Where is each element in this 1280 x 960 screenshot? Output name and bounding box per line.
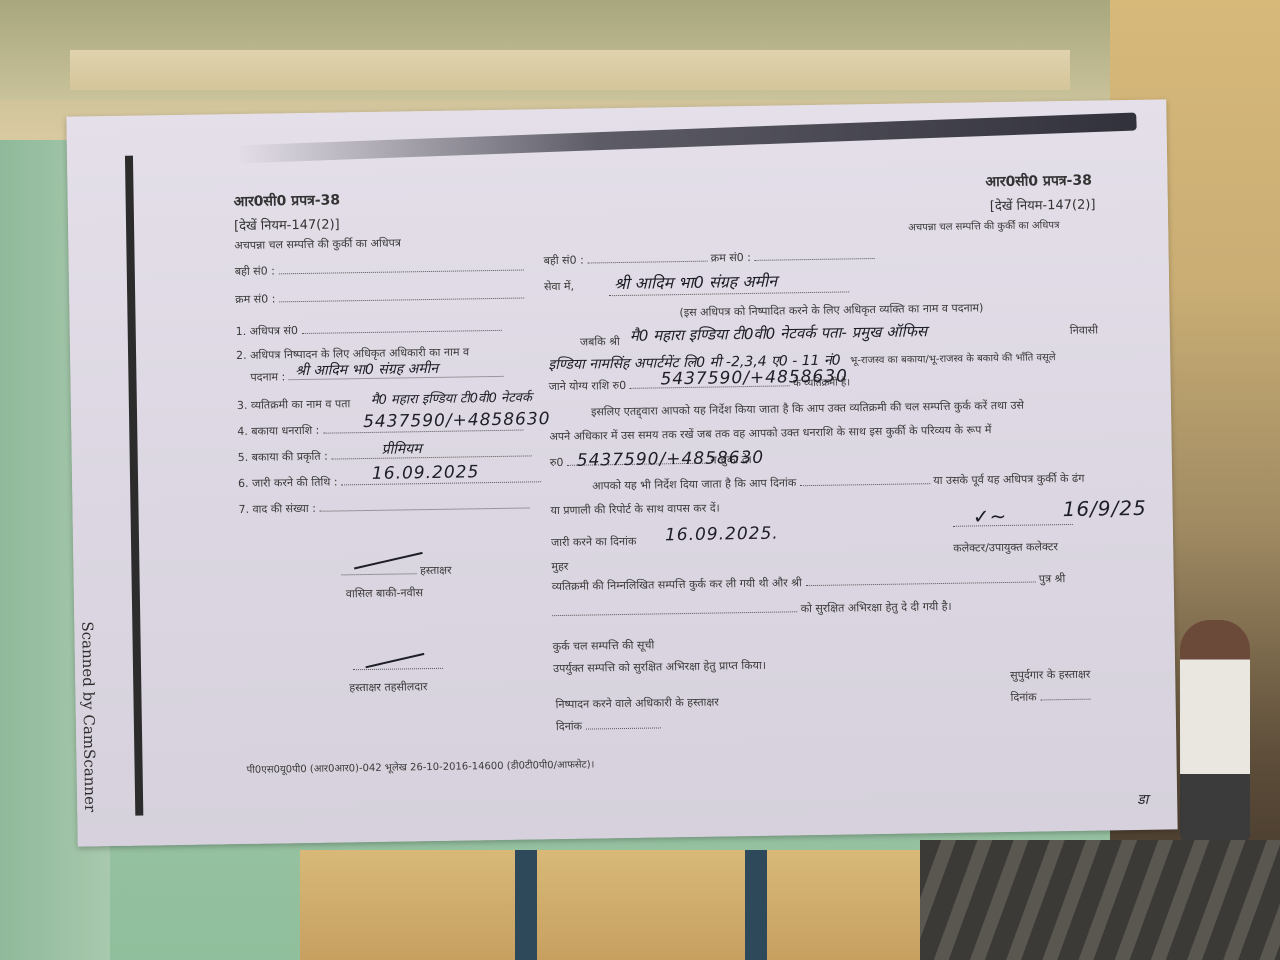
received-line: उपर्युक्त सम्पत्ति को सुरक्षित अभिरक्षा … xyxy=(553,658,766,676)
executing-officer-date: दिनांक xyxy=(556,717,661,734)
camscanner-watermark: Scanned by CamScanner xyxy=(78,621,99,812)
handwritten-due-amount: 5437590/+4858630 xyxy=(363,409,551,432)
land-revenue-text: भू-राजस्व का बकाया/भू-राजस्व के बकाये की… xyxy=(850,349,1056,366)
attached-property-list-title: कुर्क चल सम्पत्ति की सूची xyxy=(553,638,655,655)
handwritten-amount: 5437590/+4858630 xyxy=(660,366,848,389)
handwritten-defaulter-name: मै0 महारा इण्डिया टी0वी0 नेटवर्क xyxy=(371,387,532,408)
corner-mark: डा xyxy=(1137,790,1148,809)
kram-number-left: क्रम सं0 : xyxy=(235,288,524,308)
whereas-label: जबकि श्री xyxy=(580,334,620,350)
background-person-leg xyxy=(745,850,767,960)
resident-label: निवासी xyxy=(1070,323,1098,338)
collector-signature: ✓~ xyxy=(973,504,1007,529)
collector-sign-line xyxy=(953,515,1073,530)
form-rule-right: [देखें नियम-147(2)] xyxy=(990,195,1096,215)
form-title-right: अचपन्ना चल सम्पत्ति की कुर्की का अधिपत्र xyxy=(908,217,1060,233)
form-code-left: आर0सी0 प्रपत्र-38 xyxy=(234,190,341,211)
item-case-number-label: 7. वाद की संख्या : xyxy=(238,497,529,517)
tehsildar-label: हस्ताक्षर तहसीलदार xyxy=(349,679,427,695)
handwritten-issue-date: 16.09.2025 xyxy=(372,462,480,484)
signature-line-clerk: हस्ताक्षर xyxy=(341,563,451,580)
tape-strip xyxy=(237,112,1137,163)
instruction-para-2: अपने अधिकार में उस समय तक रखें जब तक वह … xyxy=(549,422,991,444)
custodian-signature: सुपुर्दगार के हस्ताक्षर xyxy=(1010,667,1090,683)
instruction-para-5: या प्रणाली की रिपोर्ट के साथ वापस कर दें… xyxy=(550,500,719,518)
handwritten-collector-date: 16/9/25 xyxy=(1062,496,1146,521)
background-chairs xyxy=(920,840,1280,960)
background-floor xyxy=(300,850,920,960)
handwritten-due-nature: प्रीमियम xyxy=(381,439,421,459)
background-person-leg xyxy=(515,850,537,960)
collector-label: कलेक्टर/उपायुक्त कलेक्टर xyxy=(953,539,1058,556)
custodian-date: दिनांक xyxy=(1010,689,1090,705)
form-title-left: अचपन्ना चल सम्पत्ति की कुर्की का अधिपत्र xyxy=(234,235,401,253)
seal-label: मुहर xyxy=(551,559,568,574)
background-beam xyxy=(70,50,1070,90)
form-rule-left: [देखें नियम-147(2)] xyxy=(234,214,340,234)
background-person xyxy=(1180,620,1250,840)
item-warrant-number: 1. अधिपत्र सं0 xyxy=(236,320,502,339)
attachment-warrant-document: Scanned by CamScanner आर0सी0 प्रपत्र-38 … xyxy=(66,99,1177,846)
handwritten-defaulter-full: मै0 महारा इण्डिया टी0वी0 नेटवर्क पता- प्… xyxy=(630,321,928,346)
executing-officer-signature: निष्पादन करने वाले अधिकारी के हस्ताक्षर xyxy=(556,695,719,713)
issue-date-label: जारी करने का दिनांक xyxy=(551,534,637,550)
custody-line: को सुरक्षित अभिरक्षा हेतु दे दी गयी है। xyxy=(552,599,952,620)
handwritten-issue-date-main: 16.09.2025. xyxy=(665,524,779,546)
form-code-right: आर0सी0 प्रपत्र-38 xyxy=(985,171,1092,192)
handwritten-officer-name: श्री आदिम भा0 संग्रह अमीन xyxy=(295,359,438,380)
print-footer: पी0एस0यू0पी0 (आर0आर0)-042 भूलेख 26-10-20… xyxy=(246,756,594,775)
addressee-caption: (इस अधिपत्र को निष्पादित करने के लिए अधि… xyxy=(679,300,983,320)
item-defaulter-label: 3. व्यतिक्रमी का नाम व पता xyxy=(237,396,351,413)
handwritten-addressee: श्री आदिम भा0 संग्रह अमीन xyxy=(614,270,777,295)
addressee-label: सेवा में, xyxy=(544,279,574,294)
clerk-role-label: वासिल बाकी-नवीस xyxy=(346,585,423,601)
instruction-para-4: आपको यह भी निर्देश दिया जाता है कि आप दि… xyxy=(592,471,1084,494)
signature-line-tehsildar xyxy=(353,659,443,673)
bahi-number-main: बही सं0 : क्रम सं0 : xyxy=(544,248,875,268)
handwritten-amount-repeat: 5437590/+4858630 xyxy=(577,448,765,471)
attached-line: व्यतिक्रमी की निम्नलिखित सम्पत्ति कुर्क … xyxy=(552,571,1066,594)
instruction-para-1: इसलिए एतद्द्वारा आपको यह निर्देश किया जा… xyxy=(591,398,1024,420)
bahi-number-left: बही सं0 : xyxy=(235,260,524,280)
scan-edge-bar xyxy=(125,156,143,816)
